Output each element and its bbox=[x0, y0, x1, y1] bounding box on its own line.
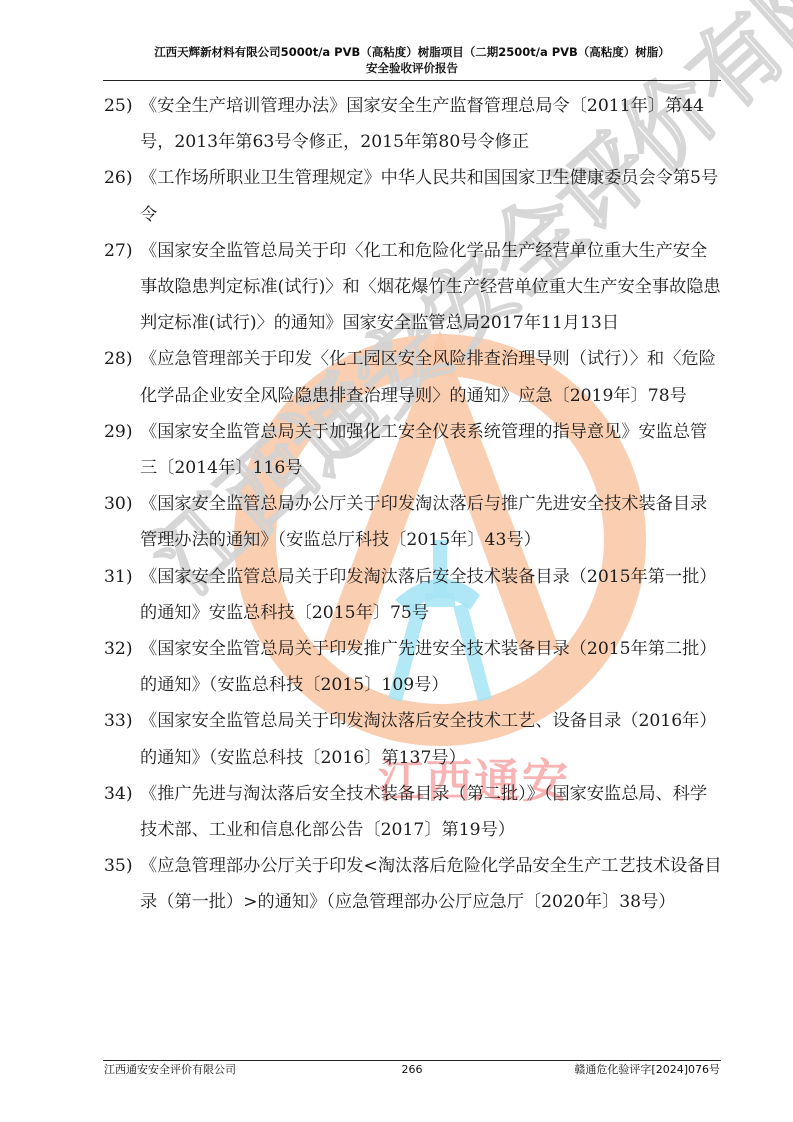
reference-item-27: 27)《国家安全监管总局关于印〈化工和危险化学品生产经营单位重大生产安全事故隐患… bbox=[104, 233, 722, 342]
reference-text: 《推广先进与淘汰落后安全技术装备目录（第二批）》（国家安监总局、科学技术部、工业… bbox=[140, 784, 707, 840]
reference-number: 35) bbox=[104, 848, 140, 884]
reference-item-28: 28)《应急管理部关于印发〈化工园区安全风险排查治理导则（试行）〉和〈危险化学品… bbox=[104, 341, 722, 413]
reference-text: 《应急管理部关于印发〈化工园区安全风险排查治理导则（试行）〉和〈危险化学品企业安… bbox=[140, 349, 716, 405]
reference-text: 《国家安全监管总局关于印〈化工和危险化学品生产经营单位重大生产安全事故隐患判定标… bbox=[140, 241, 721, 333]
reference-number: 25) bbox=[104, 88, 140, 124]
reference-item-35: 35)《应急管理部办公厅关于印发<淘汰落后危险化学品安全生产工艺技术设备目录（第… bbox=[104, 848, 722, 920]
reference-text: 《国家安全监管总局关于印发推广先进安全技术装备目录（2015年第二批）的通知》（… bbox=[140, 639, 717, 695]
reference-number: 33) bbox=[104, 703, 140, 739]
reference-item-25: 25)《安全生产培训管理办法》国家安全生产监督管理总局令〔2011年〕第44号，… bbox=[104, 88, 722, 160]
reference-item-33: 33)《国家安全监管总局关于印发淘汰落后安全技术工艺、设备目录（2016年）的通… bbox=[104, 703, 722, 775]
reference-number: 34) bbox=[104, 776, 140, 812]
header-divider bbox=[103, 80, 721, 81]
header-report-title: 安全验收评价报告 bbox=[103, 60, 721, 76]
reference-item-32: 32)《国家安全监管总局关于印发推广先进安全技术装备目录（2015年第二批）的通… bbox=[104, 631, 722, 703]
page-header: 江西天辉新材料有限公司5000t/a PVB（高粘度）树脂项目（二期2500t/… bbox=[103, 44, 721, 76]
reference-text: 《国家安全监管总局关于加强化工安全仪表系统管理的指导意见》安监总管三〔2014年… bbox=[140, 422, 707, 478]
reference-text: 《国家安全监管总局办公厅关于印发淘汰落后与推广先进安全技术装备目录管理办法的通知… bbox=[140, 494, 707, 550]
reference-item-31: 31)《国家安全监管总局关于印发淘汰落后安全技术装备目录（2015年第一批）的通… bbox=[104, 559, 722, 631]
reference-text: 《应急管理部办公厅关于印发<淘汰落后危险化学品安全生产工艺技术设备目录（第一批）… bbox=[140, 856, 722, 912]
reference-number: 30) bbox=[104, 486, 140, 522]
reference-item-29: 29)《国家安全监管总局关于加强化工安全仪表系统管理的指导意见》安监总管三〔20… bbox=[104, 414, 722, 486]
reference-text: 《国家安全监管总局关于印发淘汰落后安全技术装备目录（2015年第一批）的通知》安… bbox=[140, 567, 717, 623]
reference-text: 《国家安全监管总局关于印发淘汰落后安全技术工艺、设备目录（2016年）的通知》（… bbox=[140, 711, 717, 767]
header-project-title: 江西天辉新材料有限公司5000t/a PVB（高粘度）树脂项目（二期2500t/… bbox=[103, 44, 721, 60]
footer-divider bbox=[103, 1060, 721, 1061]
reference-number: 28) bbox=[104, 341, 140, 377]
reference-item-26: 26)《工作场所职业卫生管理规定》中华人民共和国国家卫生健康委员会令第5号令 bbox=[104, 160, 722, 232]
reference-list: 25)《安全生产培训管理办法》国家安全生产监督管理总局令〔2011年〕第44号，… bbox=[104, 88, 722, 921]
reference-number: 32) bbox=[104, 631, 140, 667]
reference-number: 26) bbox=[104, 160, 140, 196]
reference-number: 31) bbox=[104, 559, 140, 595]
reference-text: 《安全生产培训管理办法》国家安全生产监督管理总局令〔2011年〕第44号，201… bbox=[140, 96, 704, 152]
reference-item-30: 30)《国家安全监管总局办公厅关于印发淘汰落后与推广先进安全技术装备目录管理办法… bbox=[104, 486, 722, 558]
reference-text: 《工作场所职业卫生管理规定》中华人民共和国国家卫生健康委员会令第5号令 bbox=[140, 168, 718, 224]
reference-number: 27) bbox=[104, 233, 140, 269]
reference-item-34: 34)《推广先进与淘汰落后安全技术装备目录（第二批）》（国家安监总局、科学技术部… bbox=[104, 776, 722, 848]
reference-number: 29) bbox=[104, 414, 140, 450]
document-reference-number: 赣通危化验评字[2024]076号 bbox=[574, 1063, 720, 1077]
document-page: 江西天辉新材料有限公司5000t/a PVB（高粘度）树脂项目（二期2500t/… bbox=[0, 0, 793, 1122]
